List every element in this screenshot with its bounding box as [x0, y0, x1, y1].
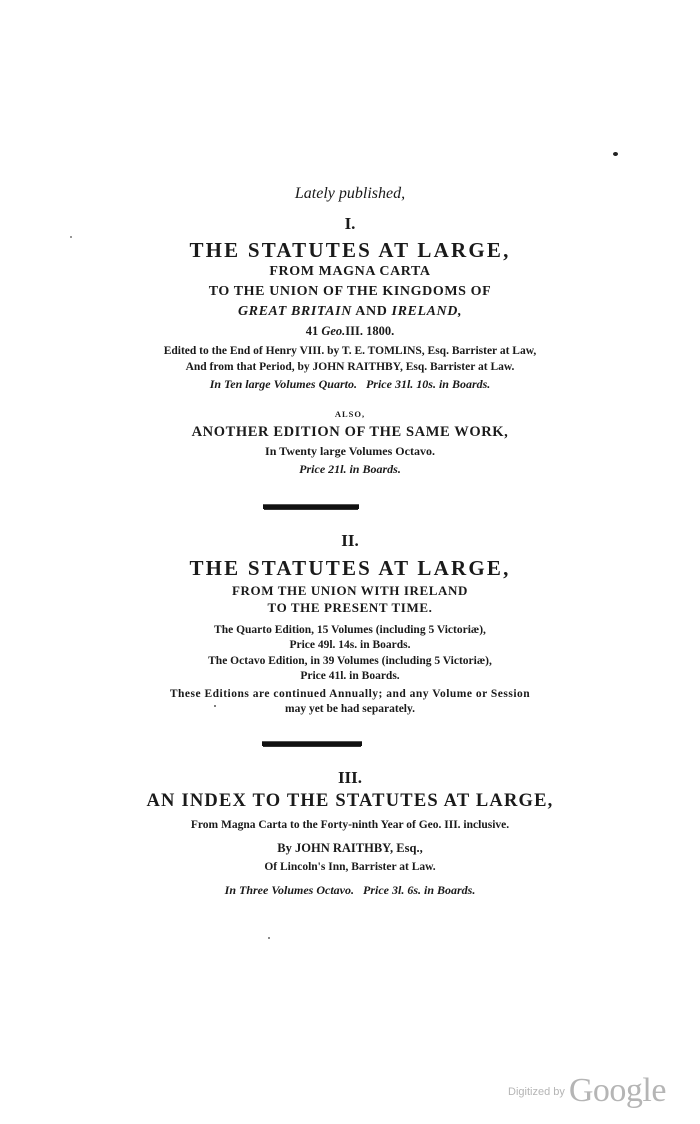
section-title: THE STATUTES AT LARGE, — [0, 558, 700, 579]
price-line: In Three Volumes Octavo. Price 3l. 6s. i… — [0, 884, 700, 896]
also-label: ALSO, — [0, 410, 700, 419]
also-title: ANOTHER EDITION OF THE SAME WORK, — [0, 425, 700, 440]
watermark-prefix: Digitized by — [508, 1086, 565, 1098]
edition-detail-line: Price 49l. 14s. in Boards. — [0, 640, 700, 652]
edition-detail-line: The Octavo Edition, in 39 Volumes (inclu… — [0, 656, 700, 668]
section-numeral: I. — [0, 215, 700, 232]
and-text: AND — [352, 304, 392, 319]
volumes-text: In Ten large Volumes Quarto. — [210, 377, 357, 391]
price-text: Price 3l. 6s. in Boards. — [363, 883, 475, 897]
scan-speck — [268, 937, 270, 939]
editor-line: And from that Period, by JOHN RAITHBY, E… — [0, 362, 700, 374]
section-numeral: III. — [0, 769, 700, 786]
price-line: In Ten large Volumes Quarto. Price 31l. … — [0, 378, 700, 390]
index-detail-line: Of Lincoln's Inn, Barrister at Law. — [0, 862, 700, 874]
section-subtitle: TO THE PRESENT TIME. — [0, 601, 700, 614]
date-part: 41 — [306, 324, 322, 338]
section-title: THE STATUTES AT LARGE, — [0, 240, 700, 261]
volumes-text: In Three Volumes Octavo. — [225, 883, 354, 897]
digitized-by-google-watermark: Digitized by Google — [508, 1072, 666, 1110]
edition-detail-line: The Quarto Edition, 15 Volumes (includin… — [0, 625, 700, 637]
edition-detail-line: may yet be had separately. — [0, 704, 700, 716]
section-subtitle: TO THE UNION OF THE KINGDOMS OF — [0, 285, 700, 299]
scan-speck — [613, 152, 618, 156]
date-part-italic: Geo. — [321, 324, 345, 338]
section-subtitle: FROM MAGNA CARTA — [0, 265, 700, 279]
date-part: III. 1800. — [345, 324, 394, 338]
section-divider — [262, 741, 362, 746]
edition-detail-line: These Editions are continued Annually; a… — [0, 689, 700, 701]
editor-line: Edited to the End of Henry VIII. by T. E… — [0, 346, 700, 358]
index-detail-line: From Magna Carta to the Forty-ninth Year… — [0, 820, 700, 832]
also-volumes: In Twenty large Volumes Octavo. — [0, 445, 700, 457]
section-date-line: 41 Geo.III. 1800. — [0, 325, 700, 338]
index-detail-line: By JOHN RAITHBY, Esq., — [0, 842, 700, 855]
great-britain-text: GREAT BRITAIN — [238, 304, 352, 319]
section-divider — [263, 504, 359, 509]
google-logo-text: Google — [569, 1072, 666, 1109]
edition-detail-line: Price 41l. in Boards. — [0, 671, 700, 683]
price-text: Price 31l. 10s. in Boards. — [366, 377, 490, 391]
section-subtitle-britain-ireland: GREAT BRITAIN AND IRELAND, — [0, 305, 700, 319]
section-numeral: II. — [0, 532, 700, 549]
lately-published-heading: Lately published, — [0, 186, 700, 202]
ireland-text: IRELAND, — [392, 304, 463, 319]
also-price: Price 21l. in Boards. — [0, 463, 700, 475]
scan-speck — [70, 236, 72, 238]
section-subtitle: FROM THE UNION WITH IRELAND — [0, 584, 700, 597]
book-page: Lately published, I. THE STATUTES AT LAR… — [0, 0, 700, 1124]
section-title: AN INDEX TO THE STATUTES AT LARGE, — [0, 792, 700, 811]
